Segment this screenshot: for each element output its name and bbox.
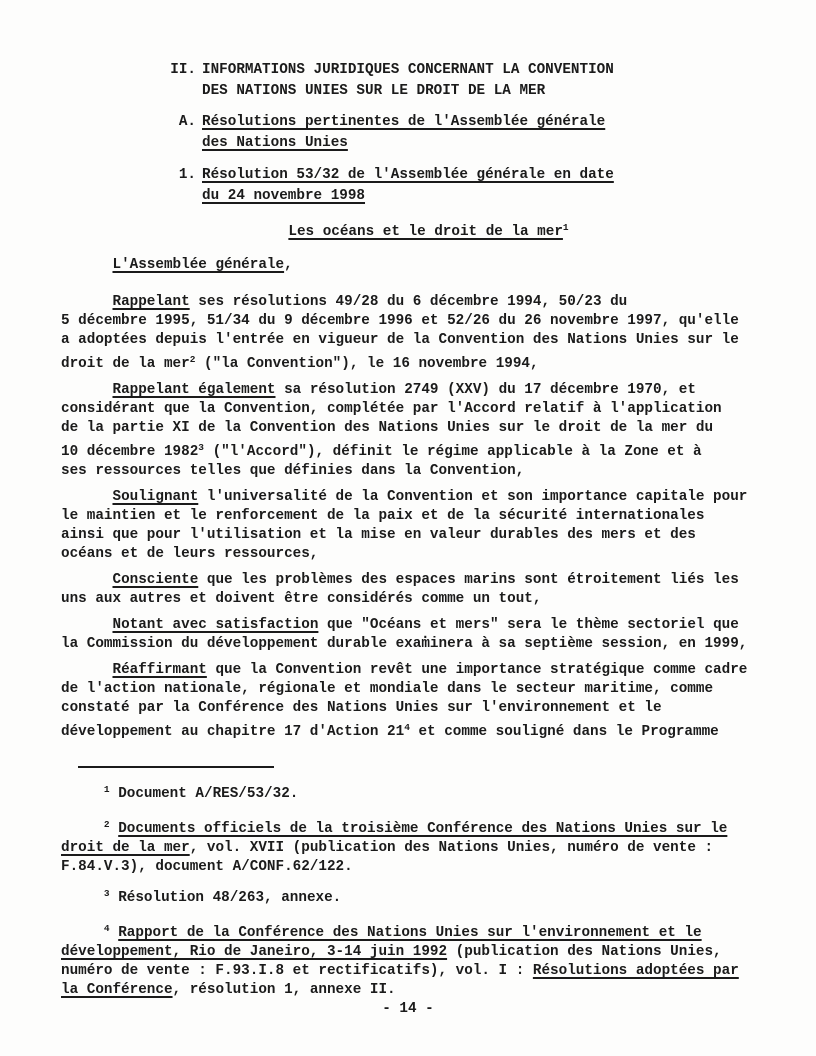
text-run bbox=[61, 294, 112, 310]
text-line: Réaffirmant que la Convention revêt une … bbox=[61, 661, 796, 680]
text-run: droit de la mer bbox=[61, 356, 190, 372]
text-run bbox=[61, 821, 104, 837]
text-run: sa résolution 2749 (XXV) du 17 décembre … bbox=[276, 382, 696, 398]
text-line: 4 Rapport de la Conférence des Nations U… bbox=[61, 919, 796, 943]
footnotes: 1 Document A/RES/53/32. 2 Documents offi… bbox=[0, 780, 816, 1000]
underlined-text: Résolutions pertinentes de l'Assemblée g… bbox=[202, 114, 605, 130]
text-line: considérant que la Convention, complétée… bbox=[61, 400, 796, 419]
text-run: , bbox=[284, 257, 293, 273]
text-line: ses ressources telles que définies dans … bbox=[61, 462, 796, 481]
text-line: uns aux autres et doivent être considéré… bbox=[61, 590, 796, 609]
document-body: II.INFORMATIONS JURIDIQUES CONCERNANT LA… bbox=[0, 0, 816, 742]
underlined-text: des Nations Unies bbox=[202, 135, 348, 151]
heading-number: II. bbox=[166, 60, 196, 102]
underlined-text: Rappelant bbox=[112, 294, 189, 310]
resolution-heading: 1.Résolution 53/32 de l'Assemblée généra… bbox=[61, 165, 796, 207]
text-run: la Commission du développement durable e… bbox=[61, 636, 747, 652]
text-run bbox=[110, 821, 119, 837]
heading-text: INFORMATIONS JURIDIQUES CONCERNANT LA CO… bbox=[202, 60, 796, 102]
text-run: numéro de vente : F.93.I.8 et rectificat… bbox=[61, 963, 533, 979]
text-run: que la Convention revêt une importance s… bbox=[207, 662, 748, 678]
footnote-separator-rule bbox=[78, 766, 274, 768]
text-line: océans et de leurs ressources, bbox=[61, 545, 796, 564]
text-run: ses résolutions 49/28 du 6 décembre 1994… bbox=[190, 294, 628, 310]
underlined-text: Résolution 53/32 de l'Assemblée générale… bbox=[202, 167, 614, 183]
text-run: uns aux autres et doivent être considéré… bbox=[61, 591, 541, 607]
underlined-text: Soulignant bbox=[112, 489, 198, 505]
underlined-text: Rappelant également bbox=[112, 382, 275, 398]
text-line: des Nations Unies bbox=[202, 133, 796, 154]
para-soulignant: Soulignant l'universalité de la Conventi… bbox=[61, 488, 796, 564]
footnote-3: 3 Résolution 48/263, annexe. bbox=[61, 884, 796, 908]
stray-scan-mark: . bbox=[421, 626, 430, 645]
text-line: constaté par la Conférence des Nations U… bbox=[61, 699, 796, 718]
text-line: F.84.V.3), document A/CONF.62/122. bbox=[61, 858, 796, 877]
text-line: DES NATIONS UNIES SUR LE DROIT DE LA MER bbox=[202, 81, 796, 102]
para-reaffirmant: Réaffirmant que la Convention revêt une … bbox=[61, 661, 796, 742]
text-line: Les océans et le droit de la mer1 bbox=[61, 218, 796, 242]
text-run: l'universalité de la Convention et son i… bbox=[198, 489, 747, 505]
underlined-text: Rapport de la Conférence des Nations Uni… bbox=[118, 925, 701, 941]
text-run: F.84.V.3), document A/CONF.62/122. bbox=[61, 859, 353, 875]
heading-text: Résolution 53/32 de l'Assemblée générale… bbox=[202, 165, 796, 207]
footnote-1: 1 Document A/RES/53/32. bbox=[61, 780, 796, 804]
text-line: Résolution 53/32 de l'Assemblée générale… bbox=[202, 165, 796, 186]
text-line: Résolutions pertinentes de l'Assemblée g… bbox=[202, 112, 796, 133]
text-run bbox=[61, 257, 112, 273]
text-run bbox=[110, 925, 119, 941]
text-run: océans et de leurs ressources, bbox=[61, 546, 318, 562]
text-run: ("l'Accord"), définit le régime applicab… bbox=[204, 444, 702, 460]
para-rappelant-egalement: Rappelant également sa résolution 2749 (… bbox=[61, 381, 796, 481]
text-line: 5 décembre 1995, 51/34 du 9 décembre 199… bbox=[61, 312, 796, 331]
document-page: II.INFORMATIONS JURIDIQUES CONCERNANT LA… bbox=[0, 0, 816, 1056]
salutation: L'Assemblée générale, bbox=[61, 256, 796, 275]
text-line: droit de la mer, vol. XVII (publication … bbox=[61, 839, 796, 858]
text-run: a adoptées depuis l'entrée en vigueur de… bbox=[61, 332, 739, 348]
text-run: que les problèmes des espaces marins son… bbox=[198, 572, 739, 588]
text-run: (publication des Nations Unies, bbox=[447, 944, 722, 960]
text-line: la Conférence, résolution 1, annexe II. bbox=[61, 981, 796, 1000]
underlined-text: Les océans et le droit de la mer bbox=[288, 224, 563, 240]
text-run bbox=[61, 572, 112, 588]
text-line: INFORMATIONS JURIDIQUES CONCERNANT LA CO… bbox=[202, 60, 796, 81]
text-line: du 24 novembre 1998 bbox=[202, 186, 796, 207]
text-line: numéro de vente : F.93.I.8 et rectificat… bbox=[61, 962, 796, 981]
text-line: a adoptées depuis l'entrée en vigueur de… bbox=[61, 331, 796, 350]
underlined-text: L'Assemblée générale bbox=[112, 257, 284, 273]
page-number: - 14 - bbox=[0, 1000, 816, 1019]
text-run: constaté par la Conférence des Nations U… bbox=[61, 700, 662, 716]
heading-number: A. bbox=[166, 112, 196, 154]
text-run: 10 décembre 1982 bbox=[61, 444, 198, 460]
text-run: DES NATIONS UNIES SUR LE DROIT DE LA MER bbox=[202, 83, 545, 99]
text-run bbox=[61, 617, 112, 633]
text-line: droit de la mer2 ("la Convention"), le 1… bbox=[61, 350, 796, 374]
text-run: , résolution 1, annexe II. bbox=[173, 982, 396, 998]
heading-number: 1. bbox=[166, 165, 196, 207]
underlined-text: droit de la mer bbox=[61, 840, 190, 856]
para-consciente: Consciente que les problèmes des espaces… bbox=[61, 571, 796, 609]
underlined-text: Résolutions adoptées par bbox=[533, 963, 739, 979]
underlined-text: Documents officiels de la troisième Conf… bbox=[118, 821, 727, 837]
text-run: de la partie XI de la Convention des Nat… bbox=[61, 420, 713, 436]
text-run bbox=[61, 890, 104, 906]
superscript-ref: 1 bbox=[563, 222, 569, 233]
text-run: ainsi que pour l'utilisation et la mise … bbox=[61, 527, 696, 543]
text-line: Rappelant ses résolutions 49/28 du 6 déc… bbox=[61, 293, 796, 312]
footnote-4: 4 Rapport de la Conférence des Nations U… bbox=[61, 919, 796, 1000]
text-run: , vol. XVII (publication des Nations Uni… bbox=[190, 840, 713, 856]
underlined-text: développement, Rio de Janeiro, 3-14 juin… bbox=[61, 944, 447, 960]
text-run: et comme souligné dans le Programme bbox=[410, 724, 719, 740]
text-line: développement au chapitre 17 d'Action 21… bbox=[61, 718, 796, 742]
text-run: 5 décembre 1995, 51/34 du 9 décembre 199… bbox=[61, 313, 739, 329]
resolution-title: Les océans et le droit de la mer1 bbox=[61, 218, 796, 242]
text-run: le maintien et le renforcement de la pai… bbox=[61, 508, 704, 524]
text-run bbox=[61, 662, 112, 678]
text-run: ses ressources telles que définies dans … bbox=[61, 463, 524, 479]
text-run: ("la Convention"), le 16 novembre 1994, bbox=[195, 356, 538, 372]
text-line: 3 Résolution 48/263, annexe. bbox=[61, 884, 796, 908]
underlined-text: du 24 novembre 1998 bbox=[202, 188, 365, 204]
text-line: Soulignant l'universalité de la Conventi… bbox=[61, 488, 796, 507]
text-line: 2 Documents officiels de la troisième Co… bbox=[61, 815, 796, 839]
underlined-text: Notant avec satisfaction bbox=[112, 617, 318, 633]
text-run: développement au chapitre 17 d'Action 21 bbox=[61, 724, 404, 740]
text-run: de l'action nationale, régionale et mond… bbox=[61, 681, 713, 697]
text-run: que "Océans et mers" sera le thème secto… bbox=[318, 617, 738, 633]
text-run bbox=[61, 489, 112, 505]
text-line: Consciente que les problèmes des espaces… bbox=[61, 571, 796, 590]
text-run bbox=[61, 925, 104, 941]
text-line: Rappelant également sa résolution 2749 (… bbox=[61, 381, 796, 400]
text-line: L'Assemblée générale, bbox=[61, 256, 796, 275]
text-line: le maintien et le renforcement de la pai… bbox=[61, 507, 796, 526]
text-line: de la partie XI de la Convention des Nat… bbox=[61, 419, 796, 438]
text-line: 1 Document A/RES/53/32. bbox=[61, 780, 796, 804]
text-run: Document A/RES/53/32. bbox=[110, 786, 299, 802]
text-run: Résolution 48/263, annexe. bbox=[110, 890, 342, 906]
text-line: de l'action nationale, régionale et mond… bbox=[61, 680, 796, 699]
subsection-heading: A.Résolutions pertinentes de l'Assemblée… bbox=[61, 112, 796, 154]
text-line: développement, Rio de Janeiro, 3-14 juin… bbox=[61, 943, 796, 962]
text-run: considérant que la Convention, complétée… bbox=[61, 401, 722, 417]
underlined-text: Consciente bbox=[112, 572, 198, 588]
text-line: ainsi que pour l'utilisation et la mise … bbox=[61, 526, 796, 545]
text-run: INFORMATIONS JURIDIQUES CONCERNANT LA CO… bbox=[202, 62, 614, 78]
text-line: 10 décembre 19823 ("l'Accord"), définit … bbox=[61, 438, 796, 462]
underlined-text: Réaffirmant bbox=[112, 662, 206, 678]
section-heading: II.INFORMATIONS JURIDIQUES CONCERNANT LA… bbox=[61, 60, 796, 102]
para-rappelant: Rappelant ses résolutions 49/28 du 6 déc… bbox=[61, 293, 796, 374]
footnote-2: 2 Documents officiels de la troisième Co… bbox=[61, 815, 796, 877]
text-run bbox=[61, 382, 112, 398]
heading-text: Résolutions pertinentes de l'Assemblée g… bbox=[202, 112, 796, 154]
underlined-text: la Conférence bbox=[61, 982, 173, 998]
text-run bbox=[61, 786, 104, 802]
